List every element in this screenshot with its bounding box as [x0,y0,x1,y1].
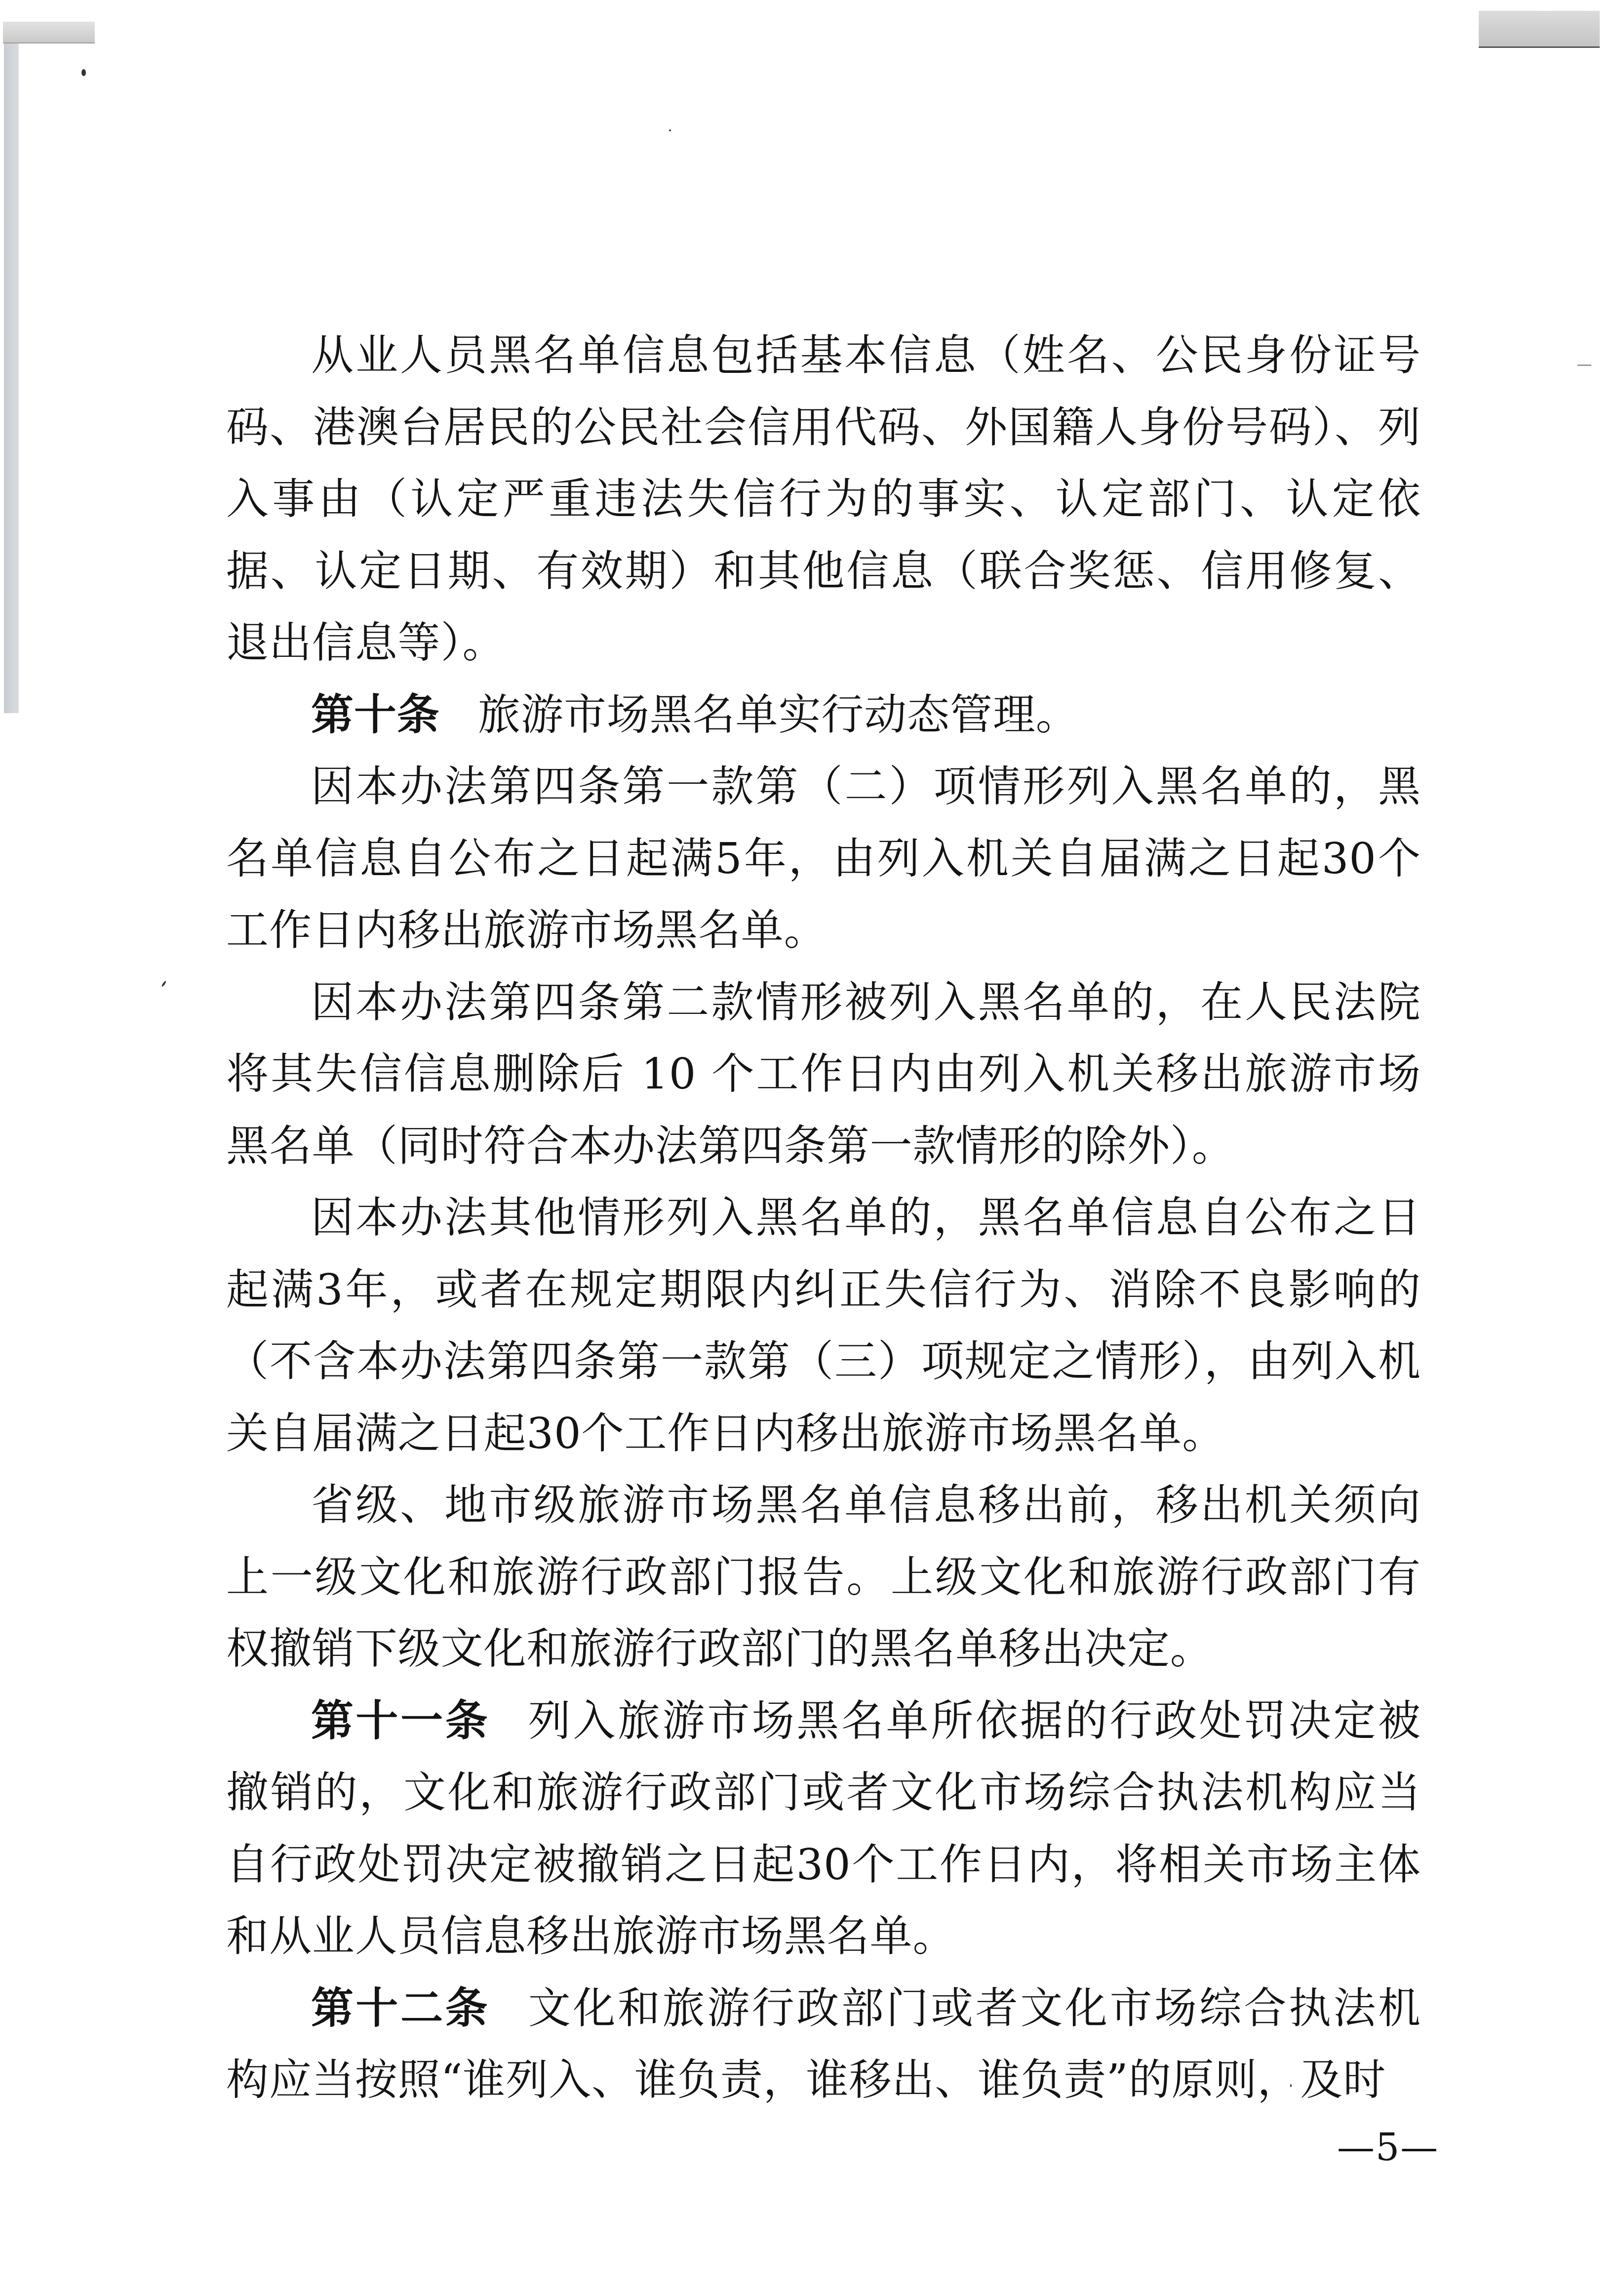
scan-edge-shadow-top-right [1479,11,1600,48]
scan-speck [81,69,86,76]
paragraph-text: 旅游市场黑名单实行动态管理。 [478,690,1079,740]
paragraph-article-12: 第十二条文化和旅游行政部门或者文化市场综合执法机构应当按照“谁列入、谁负责，谁移… [226,1973,1421,2117]
article-heading: 第十条 [311,690,440,740]
paragraph-text: 因本办法第四条第一款第（二）项情形列入黑名单的，黑名单信息自公布之日起满5年，由… [226,762,1421,955]
paragraph-report-superior: 省级、地市级旅游市场黑名单信息移出前，移出机关须向上一级文化和旅游行政部门报告。… [226,1470,1421,1686]
paragraph-article-10: 第十条旅游市场黑名单实行动态管理。 [226,680,1421,752]
paragraph-text: 因本办法第四条第二款情形被列入黑名单的，在人民法院将其失信信息删除后 10 个工… [226,978,1421,1171]
paragraph-text: 因本办法其他情形列入黑名单的，黑名单信息自公布之日起满3年，或者在规定期限内纠正… [226,1193,1421,1458]
scan-edge-shadow-left [4,22,19,713]
paragraph-text: 省级、地市级旅游市场黑名单信息移出前，移出机关须向上一级文化和旅游行政部门报告。… [226,1481,1421,1674]
page-number: —5— [1337,2129,1439,2166]
paragraph-removal-court: 因本办法第四条第二款情形被列入黑名单的，在人民法院将其失信信息删除后 10 个工… [226,967,1421,1183]
paragraph-removal-3-years: 因本办法其他情形列入黑名单的，黑名单信息自公布之日起满3年，或者在规定期限内纠正… [226,1182,1421,1470]
article-heading: 第十一条 [311,1696,490,1746]
scan-edge-shadow-top-left [3,22,95,43]
scan-speck [669,129,671,131]
paragraph-removal-5-years: 因本办法第四条第一款第（二）项情形列入黑名单的，黑名单信息自公布之日起满5年，由… [226,751,1421,967]
scan-speck [1577,364,1591,366]
paragraph-text: 从业人员黑名单信息包括基本信息（姓名、公民身份证号码、港澳台居民的公民社会信用代… [226,331,1421,668]
document-body: 从业人员黑名单信息包括基本信息（姓名、公民身份证号码、港澳台居民的公民社会信用代… [226,320,1421,2117]
article-heading: 第十二条 [311,1984,490,2033]
paragraph-article-11: 第十一条列入旅游市场黑名单所依据的行政处罚决定被撤销的，文化和旅游行政部门或者文… [226,1686,1421,1973]
paragraph-personnel-info: 从业人员黑名单信息包括基本信息（姓名、公民身份证号码、港澳台居民的公民社会信用代… [226,320,1421,680]
scan-speck [161,980,166,987]
